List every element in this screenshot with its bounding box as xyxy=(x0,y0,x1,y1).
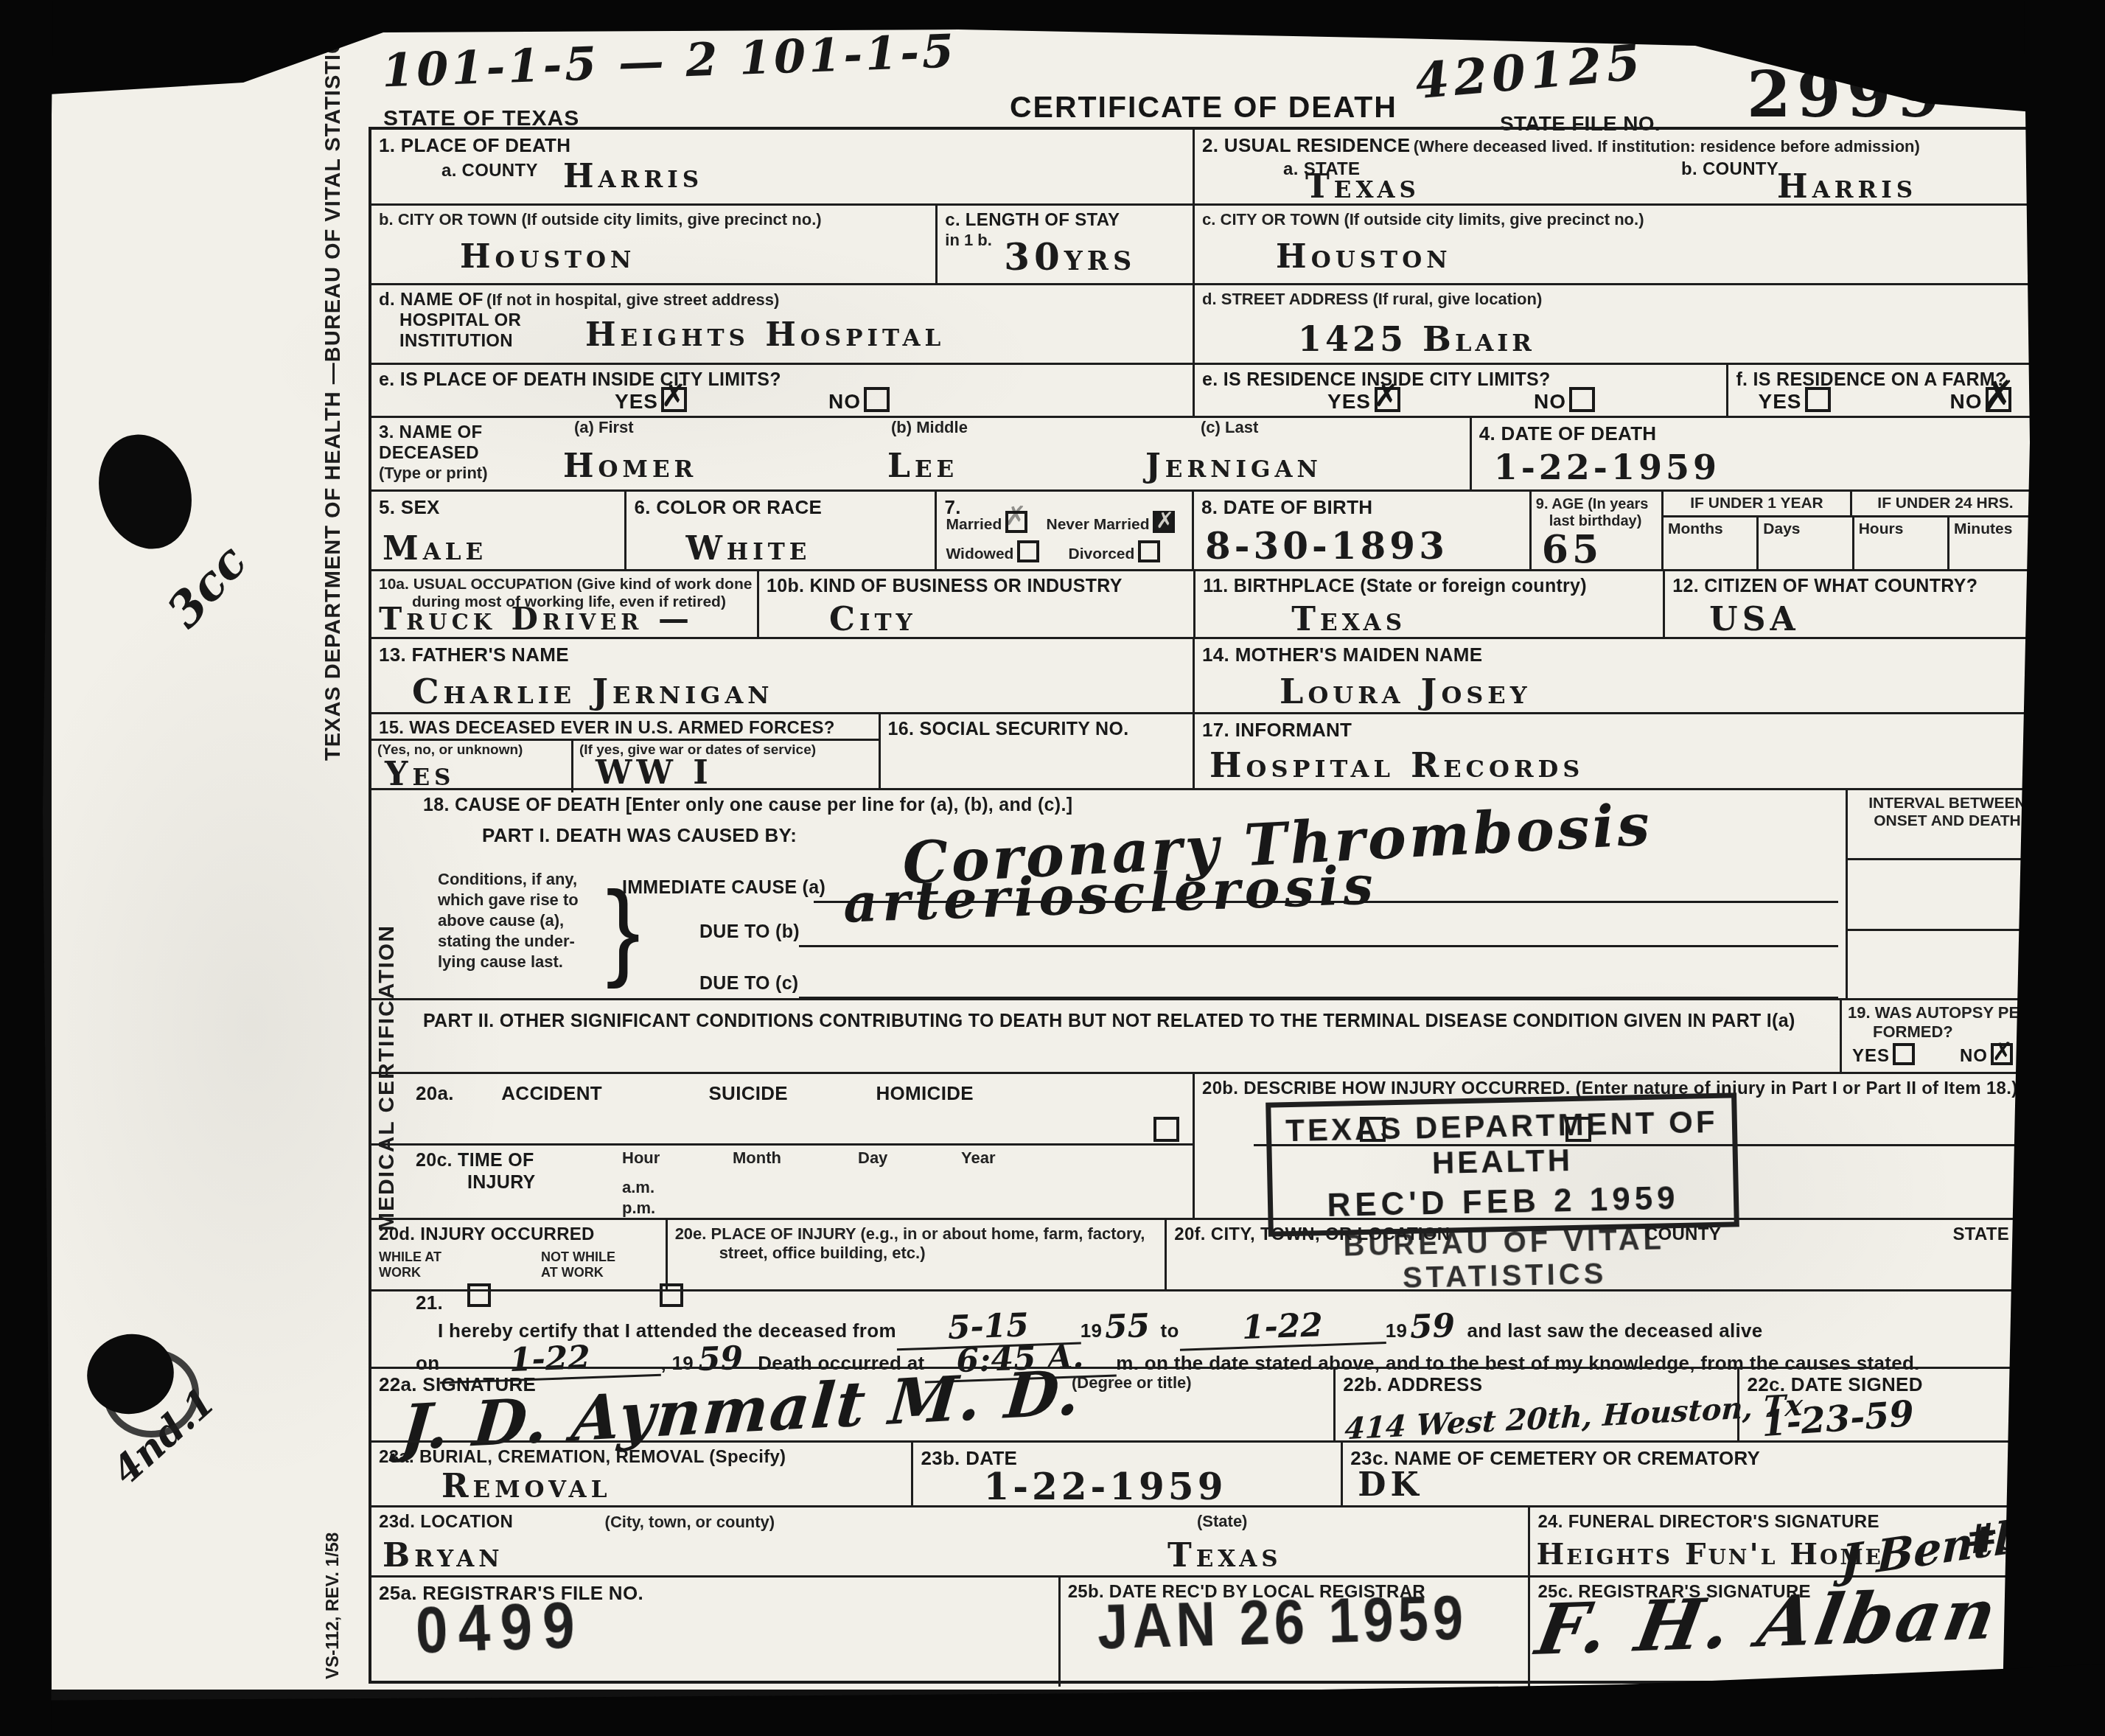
place-of-injury-label-1: 20e. PLACE OF INJURY (e.g., in or about … xyxy=(675,1224,1158,1244)
state-file-no-value: 420125 xyxy=(1413,33,1647,111)
registrar-signature: F. H. Alban xyxy=(1531,1574,2005,1672)
interval-line-a xyxy=(1848,858,2047,860)
fathers-name-label: 13. FATHER'S NAME xyxy=(379,644,1185,666)
checkbox-farm-yes xyxy=(1805,387,1831,412)
place-of-injury-label-2: street, office building, etc.) xyxy=(719,1244,1158,1263)
mothers-maiden-name-value: Loura Josey xyxy=(1280,672,1532,711)
margin-medical-certification-caption: MEDICAL CERTIFICATION xyxy=(374,877,399,1231)
am-label: a.m. xyxy=(622,1178,654,1197)
margin-note-3cc: 3cc xyxy=(156,534,258,638)
color-race-value: White xyxy=(685,530,811,568)
death-city-limits-label: e. IS PLACE OF DEATH INSIDE CITY LIMITS? xyxy=(379,369,1185,391)
birthplace-value: Texas xyxy=(1291,601,1406,638)
residence-limits-yes-label: YES xyxy=(1327,390,1371,413)
citizen-label: 12. CITIZEN OF WHAT COUNTRY? xyxy=(1672,576,2031,597)
usual-residence-paren: (Where deceased lived. If institution: r… xyxy=(1414,137,1920,156)
hospital-label-paren: (If not in hospital, give street address… xyxy=(486,290,779,309)
death-limits-no-label: NO xyxy=(828,390,861,413)
location-state-sub: (State) xyxy=(1197,1512,1247,1531)
certificate-paper: 3cc 4nd.1 TEXAS DEPARTMENT OF HEALTH —BU… xyxy=(52,29,2053,1690)
certificate-form: 1. PLACE OF DEATH a. COUNTY Harris 2. US… xyxy=(369,127,2042,1684)
interval-line-b xyxy=(1848,929,2047,931)
last-name-label: (c) Last xyxy=(1201,418,1258,437)
part1-label: PART I. DEATH WAS CAUSED BY: xyxy=(482,824,797,847)
certify-text-1: I hereby certify that I attended the dec… xyxy=(438,1320,896,1342)
date-signed-label: 22c. DATE SIGNED xyxy=(1747,1373,2031,1396)
stamp-line-3: BUREAU OF VITAL STATISTICS xyxy=(1274,1221,1736,1297)
hours-column: Hours xyxy=(1854,517,1949,571)
autopsy-no-label: NO xyxy=(1960,1046,1988,1066)
occupation-label-1: 10a. USUAL OCCUPATION (Give kind of work… xyxy=(379,576,750,593)
city-value: Houston xyxy=(460,238,635,276)
immediate-cause-label: IMMEDIATE CAUSE (a) xyxy=(622,877,825,899)
residence-county-value: Harris xyxy=(1777,168,1917,206)
residence-county-label: b. COUNTY xyxy=(1681,159,1778,180)
days-column: Days xyxy=(1759,517,1854,571)
last-name-value: Jernigan xyxy=(1145,447,1322,485)
mothers-maiden-name-label: 14. MOTHER'S MAIDEN NAME xyxy=(1202,644,2031,666)
injury-occurred-label: 20d. INJURY OCCURRED xyxy=(379,1224,658,1245)
date-of-death-label: 4. DATE OF DEATH xyxy=(1479,422,2031,445)
death-limits-yes-label: YES xyxy=(615,390,658,413)
burial-date-value: 1-22-1959 xyxy=(983,1465,1226,1508)
citizen-value: USA xyxy=(1709,601,1799,638)
month-label: Month xyxy=(733,1148,781,1168)
day-label: Day xyxy=(858,1148,887,1168)
health-department-received-stamp: TEXAS DEPARTMENT OF HEALTH REC'D FEB 2 1… xyxy=(1266,1092,1739,1236)
scan-border-left xyxy=(0,0,55,1736)
street-address-value: 1425 Blair xyxy=(1298,319,1535,359)
while-at-work-label-1: WHILE AT xyxy=(379,1249,441,1265)
checkbox-married: ✗ xyxy=(1005,511,1027,533)
farm-yes-label: YES xyxy=(1758,390,1801,413)
physician-address: 414 West 20th, Houston, Tx xyxy=(1344,1388,1804,1447)
burial-cremation-label: 23a. BURIAL, CREMATION, REMOVAL (Specify… xyxy=(379,1447,904,1468)
color-race-label: 6. COLOR OR RACE xyxy=(634,496,927,519)
age-label-1: 9. AGE (In years xyxy=(1536,496,1657,513)
location-state-value: Texas xyxy=(1167,1537,1282,1575)
location-city-value: Bryan xyxy=(383,1537,504,1575)
never-married-label: Never Married xyxy=(1046,516,1149,533)
manner-20a-num: 20a. xyxy=(416,1082,454,1104)
conditions-brace: } xyxy=(606,867,640,992)
middle-name-value: Lee xyxy=(887,447,958,485)
residence-state-value: Texas xyxy=(1305,168,1420,206)
hospital-value: Heights Hospital xyxy=(585,316,945,354)
hospital-label-1: d. NAME OF xyxy=(379,290,484,310)
checkbox-widowed xyxy=(1017,540,1039,562)
usual-residence-title: 2. USUAL RESIDENCE xyxy=(1202,134,1410,156)
checkbox-death-limits-yes: ✗ xyxy=(661,387,687,412)
autopsy-label-1: 19. WAS AUTOPSY PER- xyxy=(1848,1003,2033,1022)
handwritten-file-code: 101-1-5 — 2 101-1-5 xyxy=(381,24,957,97)
conditions-note-3: above cause (a), xyxy=(438,911,564,930)
date-of-death-value: 1-22-1959 xyxy=(1494,447,1720,487)
conditions-note-4: stating the under- xyxy=(438,932,575,951)
checkbox-residence-limits-yes: ✗ xyxy=(1375,387,1400,412)
residence-city-limits-label: e. IS RESIDENCE INSIDE CITY LIMITS? xyxy=(1202,369,1719,391)
checkbox-death-limits-no xyxy=(864,387,890,412)
cemetery-label: 23c. NAME OF CEMETERY OR CREMATORY xyxy=(1350,1447,2031,1470)
checkbox-never-married: ✗ xyxy=(1153,511,1175,533)
age-value: 65 xyxy=(1542,527,1602,572)
cemetery-value: DK xyxy=(1358,1466,1422,1504)
length-of-stay-label: c. LENGTH OF STAY xyxy=(945,210,1185,231)
checkbox-autopsy-yes xyxy=(1893,1043,1915,1065)
while-at-work-label-2: WORK xyxy=(379,1265,441,1280)
length-of-stay-value: 30yrs xyxy=(1004,235,1136,279)
checkbox-farm-no: ✗ xyxy=(1986,387,2011,412)
informant-value: Hospital Records xyxy=(1209,745,1584,785)
residence-city-value: Houston xyxy=(1276,238,1451,276)
autopsy-yes-label: YES xyxy=(1852,1046,1890,1066)
farm-no-label: NO xyxy=(1949,390,1982,413)
place-of-death-title: 1. PLACE OF DEATH xyxy=(379,134,1185,157)
residence-limits-no-label: NO xyxy=(1534,390,1566,413)
date-of-birth-value: 8-30-1893 xyxy=(1205,524,1448,568)
burial-value: Removal xyxy=(441,1468,611,1505)
degree-or-title-label: (Degree or title) xyxy=(1072,1373,1192,1392)
scanned-death-certificate: { "glyphs": { "x": "✗", "brace": "}" }, … xyxy=(0,0,2105,1736)
conditions-note-5: lying cause last. xyxy=(438,952,563,972)
sex-value: Male xyxy=(383,530,487,568)
armed-forces-label: 15. WAS DECEASED EVER IN U.S. ARMED FORC… xyxy=(371,714,879,739)
first-name-label: (a) First xyxy=(574,418,634,437)
stamp-line-2: REC'D FEB 2 1959 xyxy=(1273,1179,1734,1225)
widowed-label: Widowed xyxy=(946,545,1013,562)
certify-text-2: and last saw the deceased alive xyxy=(1467,1320,1763,1342)
informant-label: 17. INFORMANT xyxy=(1202,719,2031,742)
not-while-at-work-label-2: AT WORK xyxy=(541,1265,615,1280)
margin-department-caption: TEXAS DEPARTMENT OF HEALTH —BUREAU OF VI… xyxy=(321,289,346,761)
cause-of-death-label: 18. CAUSE OF DEATH [Enter only one cause… xyxy=(423,795,1072,816)
due-to-c-label: DUE TO (c) xyxy=(699,973,799,994)
registrar-file-no-stamp: 0499 xyxy=(414,1586,586,1669)
year-label: Year xyxy=(961,1148,996,1168)
fathers-name-value: Charlie Jernigan xyxy=(412,672,774,711)
checkbox-accident xyxy=(1153,1117,1179,1142)
city-town-label: b. CITY OR TOWN (If outside city limits,… xyxy=(379,210,928,229)
birthplace-label: 11. BIRTHPLACE (State or foreign country… xyxy=(1203,576,1655,597)
if-under-24-hrs-label: IF UNDER 24 HRS. xyxy=(1852,492,2039,515)
divorced-label: Divorced xyxy=(1068,545,1134,562)
minutes-column: Minutes xyxy=(1949,517,2039,571)
address-22b-label: 22b. ADDRESS xyxy=(1343,1373,1730,1396)
first-name-value: Homer xyxy=(563,447,697,485)
cause-c-line xyxy=(799,973,1838,999)
due-to-b-label: DUE TO (b) xyxy=(699,921,800,943)
interval-column: INTERVAL BETWEEN ONSET AND DEATH xyxy=(1846,790,2047,1000)
funeral-home-value: Heights Fun'l Home xyxy=(1536,1537,1882,1572)
interval-label-1: INTERVAL BETWEEN xyxy=(1848,795,2047,812)
pm-label: p.m. xyxy=(622,1199,655,1218)
ink-blob-top xyxy=(85,422,206,561)
checkbox-divorced xyxy=(1138,540,1160,562)
to-label: to xyxy=(1161,1320,1179,1342)
sex-label: 5. SEX xyxy=(379,496,617,519)
conditions-note-1: Conditions, if any, xyxy=(438,870,577,889)
if-under-1-year-label: IF UNDER 1 YEAR xyxy=(1664,492,1852,515)
stamp-line-1: TEXAS DEPARTMENT OF HEALTH xyxy=(1271,1104,1733,1184)
interval-label-2: ONSET AND DEATH xyxy=(1848,812,2047,830)
months-column: Months xyxy=(1664,517,1759,571)
suicide-label: SUICIDE xyxy=(708,1082,788,1104)
county-label: a. COUNTY xyxy=(441,161,538,181)
accident-label: ACCIDENT xyxy=(501,1082,602,1104)
certificate-title: CERTIFICATE OF DEATH xyxy=(1010,90,1397,125)
street-address-label: d. STREET ADDRESS (If rural, give locati… xyxy=(1202,290,2031,309)
date-signed-value: 1-23-59 xyxy=(1761,1393,1916,1445)
year-19-b: 19 xyxy=(1386,1320,1408,1342)
residence-city-label: c. CITY OR TOWN (If outside city limits,… xyxy=(1202,210,2031,229)
checkbox-residence-limits-no xyxy=(1569,387,1595,412)
date-received-stamp: JAN 26 1959 xyxy=(1096,1581,1467,1663)
married-label: Married xyxy=(946,516,1002,533)
time-of-injury-label-2: INJURY xyxy=(467,1172,536,1193)
armed-forces-value2: WW I xyxy=(596,754,713,792)
middle-name-label: (b) Middle xyxy=(891,418,968,437)
injury-state-label: STATE xyxy=(1952,1224,2009,1244)
time-of-injury-label-1: 20c. TIME OF xyxy=(416,1150,534,1171)
hour-label: Hour xyxy=(622,1148,660,1168)
homicide-label: HOMICIDE xyxy=(876,1082,973,1104)
county-value: Harris xyxy=(563,158,703,195)
not-while-at-work-label-1: NOT WHILE xyxy=(541,1249,615,1265)
social-security-label: 16. SOCIAL SECURITY NO. xyxy=(888,719,1186,740)
checkbox-autopsy-no: ✗ xyxy=(1991,1043,2013,1065)
conditions-note-2: which gave rise to xyxy=(438,890,579,910)
business-industry-label: 10b. KIND OF BUSINESS OR INDUSTRY xyxy=(767,576,1186,597)
location-city-sub: (City, town, or county) xyxy=(605,1513,775,1531)
margin-form-number: VS-112, REV. 1/58 xyxy=(323,1524,343,1679)
date-of-birth-label: 8. DATE OF BIRTH xyxy=(1201,496,1522,519)
occupation-value: Truck Driver — xyxy=(379,601,694,637)
location-23d-label: 23d. LOCATION xyxy=(379,1512,513,1532)
part2-label: PART II. OTHER SIGNIFICANT CONDITIONS CO… xyxy=(423,1011,1832,1032)
business-industry-value: City xyxy=(829,601,917,638)
